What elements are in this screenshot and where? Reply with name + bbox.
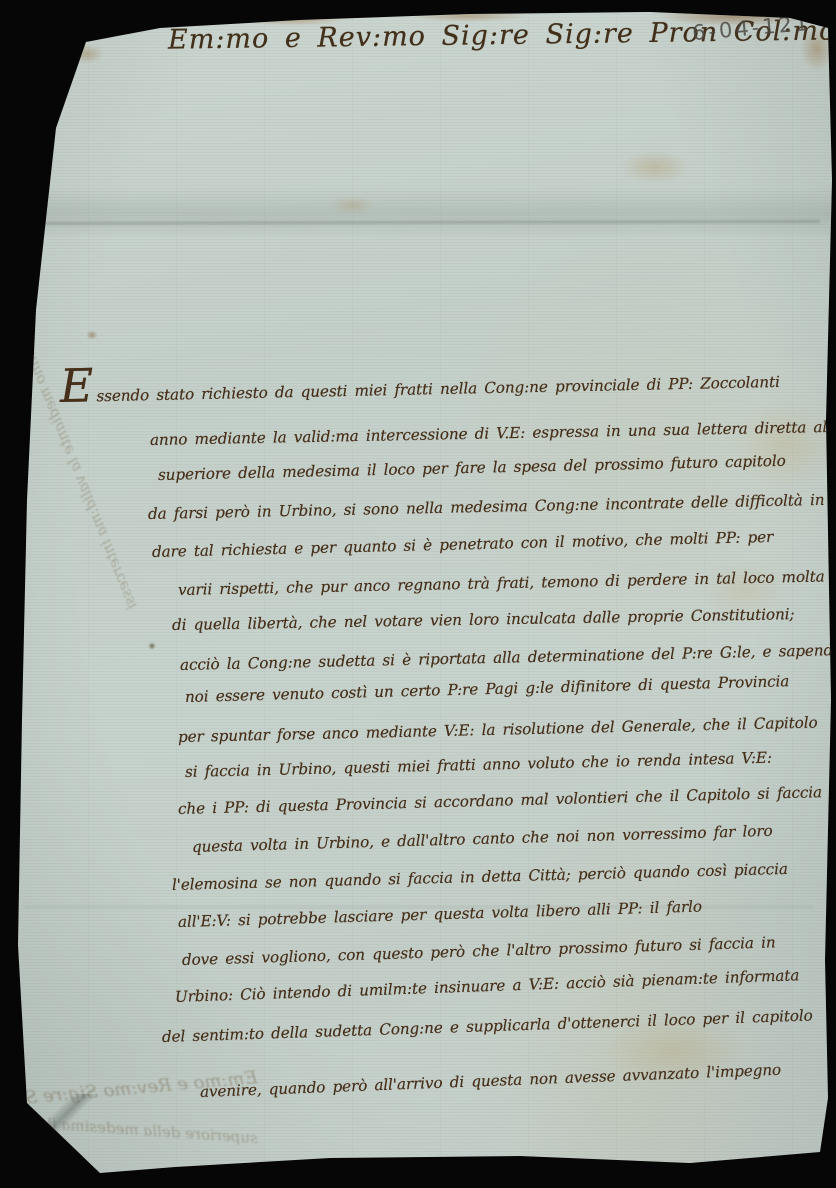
manuscript-page: anno mediante la valid:ma intercessione …	[0, 0, 836, 1188]
scan-background: anno mediante la valid:ma intercessione …	[0, 0, 836, 1188]
vignette-overlay	[0, 0, 836, 1188]
